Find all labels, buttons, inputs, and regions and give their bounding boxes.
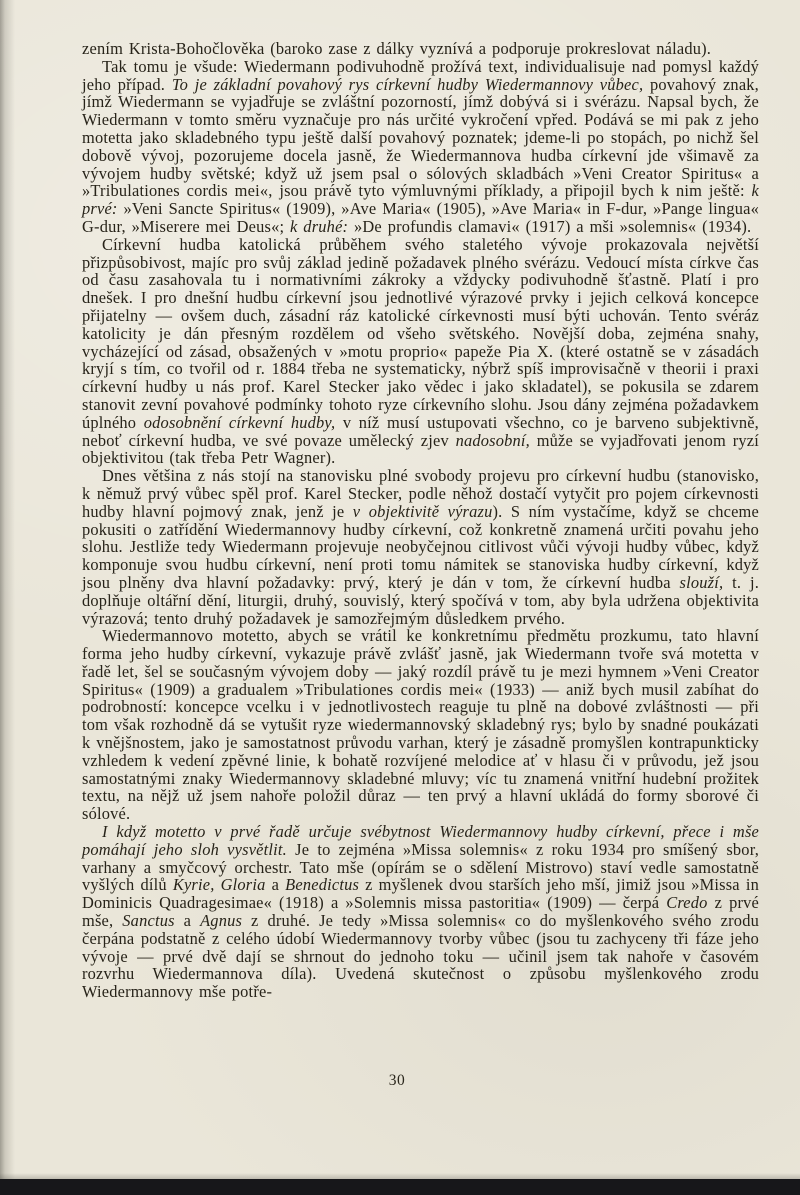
- text-segment: Wiedermannovo motetto, abych se vrátil k…: [82, 626, 759, 823]
- text-segment: zením Krista-Bohočlověka (baroko zase z …: [82, 39, 711, 58]
- text-segment: povahový znak, jímž Wiedermann se vyjadř…: [82, 75, 759, 201]
- paragraph: zením Krista-Bohočlověka (baroko zase z …: [82, 40, 759, 58]
- scan-bottom-edge: [0, 1179, 800, 1195]
- italic-text-segment: Benedictus: [285, 875, 359, 894]
- page-number: 30: [0, 1072, 794, 1090]
- italic-text-segment: k druhé:: [290, 217, 348, 236]
- paragraph: Wiedermannovo motetto, abych se vrátil k…: [82, 627, 759, 823]
- text-segment: a: [266, 875, 286, 894]
- body-text: zením Krista-Bohočlověka (baroko zase z …: [82, 40, 759, 1001]
- text-segment: Církevní hudba katolická průběhem svého …: [82, 235, 759, 432]
- paragraph: Církevní hudba katolická průběhem svého …: [82, 236, 759, 467]
- paragraph: I když motetto v prvé řadě určuje svébyt…: [82, 823, 759, 1001]
- scanned-book-page: zením Krista-Bohočlověka (baroko zase z …: [0, 0, 800, 1195]
- italic-text-segment: slouží,: [680, 573, 724, 592]
- italic-text-segment: Kyrie, Gloria: [173, 875, 266, 894]
- page-gutter-shadow: [0, 0, 16, 1195]
- text-segment: »De profundis clamavi« (1917) a mši »sol…: [348, 217, 751, 236]
- italic-text-segment: Credo: [666, 893, 707, 912]
- italic-text-segment: Sanctus: [122, 911, 174, 930]
- italic-text-segment: v objektivitě výrazu: [353, 502, 493, 521]
- paragraph: Dnes většina z nás stojí na stanovisku p…: [82, 467, 759, 627]
- italic-text-segment: Agnus: [200, 911, 242, 930]
- paragraph: Tak tomu je všude: Wiedermann podivuhodn…: [82, 58, 759, 236]
- italic-text-segment: nadosobní,: [456, 431, 530, 450]
- italic-text-segment: odosobnění církevní hudby,: [144, 413, 336, 432]
- italic-text-segment: To je základní povahový rys církevní hud…: [172, 75, 643, 94]
- text-segment: a: [175, 911, 200, 930]
